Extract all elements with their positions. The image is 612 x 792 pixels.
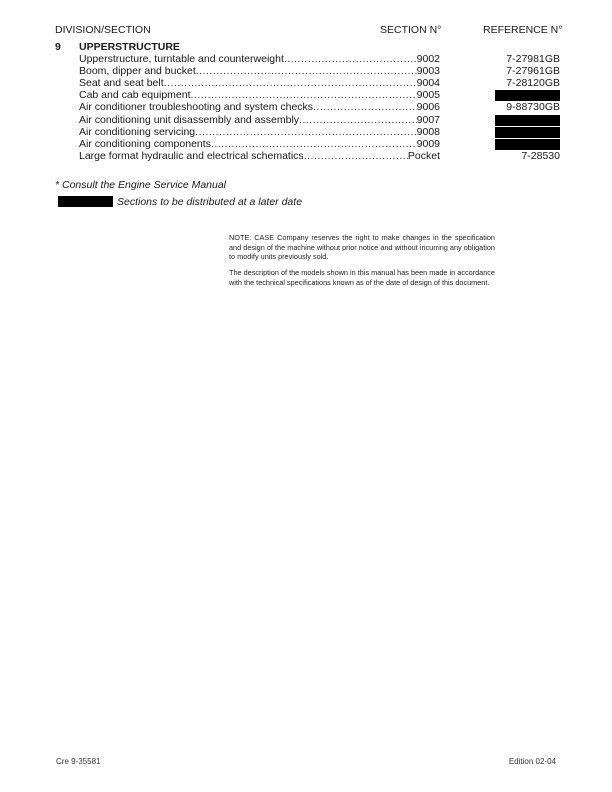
redacted-reference-box bbox=[495, 139, 560, 150]
toc-row: Seat and seat belt9004 bbox=[79, 77, 440, 90]
toc-row: Cab and cab equipment9005 bbox=[79, 89, 440, 102]
section-number-header: SECTION N° bbox=[380, 24, 441, 36]
toc-entry-label: Boom, dipper and bucket bbox=[79, 65, 196, 77]
dot-leader bbox=[164, 77, 417, 89]
division-section-header: DIVISION/SECTION bbox=[55, 24, 151, 36]
footer-edition: Edition 02-04 bbox=[509, 757, 556, 766]
footer-document-code: Cre 9-35581 bbox=[56, 757, 100, 766]
toc-entry-section-number: 9004 bbox=[417, 77, 440, 89]
dot-leader bbox=[304, 150, 408, 162]
dot-leader bbox=[299, 114, 417, 126]
toc-entry-reference: 7-28120GB bbox=[484, 77, 560, 89]
dot-leader bbox=[196, 65, 417, 77]
toc-entry-reference: 9-88730GB bbox=[484, 101, 560, 113]
toc-entry-label: Large format hydraulic and electrical sc… bbox=[79, 150, 304, 162]
toc-entry-label: Cab and cab equipment bbox=[79, 89, 191, 101]
toc-row: Large format hydraulic and electrical sc… bbox=[79, 150, 440, 163]
toc-entry-reference: 7-28530 bbox=[484, 150, 560, 162]
toc-row: Air conditioner troubleshooting and syst… bbox=[79, 101, 440, 114]
redacted-reference-box bbox=[495, 127, 560, 138]
later-date-note: Sections to be distributed at a later da… bbox=[117, 196, 302, 208]
toc-entry-section-number: 9007 bbox=[417, 114, 440, 126]
toc-entry-section-number: 9008 bbox=[417, 126, 440, 138]
toc-entry-section-number: 9002 bbox=[417, 53, 440, 65]
dot-leader bbox=[211, 138, 417, 150]
toc-row: Air conditioning servicing9008 bbox=[79, 126, 440, 139]
dot-leader bbox=[195, 126, 416, 138]
toc-entry-label: Air conditioning components bbox=[79, 138, 211, 150]
reference-number-header: REFERENCE N° bbox=[483, 24, 562, 36]
toc-row: Upperstructure, turntable and counterwei… bbox=[79, 53, 440, 66]
toc-entry-reference: 7-27961GB bbox=[484, 65, 560, 77]
division-title: UPPERSTRUCTURE bbox=[79, 41, 180, 53]
toc-entry-section-number: 9003 bbox=[417, 65, 440, 77]
redacted-reference-box bbox=[495, 115, 560, 126]
toc-entry-section-number: 9006 bbox=[417, 101, 440, 113]
toc-entry-label: Air conditioning servicing bbox=[79, 126, 195, 138]
toc-entry-reference: 7-27981GB bbox=[484, 53, 560, 65]
toc-row: Air conditioning unit disassembly and as… bbox=[79, 114, 440, 127]
toc-entry-label: Air conditioner troubleshooting and syst… bbox=[79, 101, 313, 113]
disclaimer-paragraph-2: The description of the models shown in t… bbox=[229, 268, 495, 287]
dot-leader bbox=[313, 101, 417, 113]
dot-leader bbox=[284, 53, 417, 65]
toc-entry-section-number: Pocket bbox=[408, 150, 440, 162]
division-number: 9 bbox=[55, 41, 61, 53]
toc-entry-label: Seat and seat belt bbox=[79, 77, 164, 89]
toc-entry-label: Upperstructure, turntable and counterwei… bbox=[79, 53, 284, 65]
toc-entry-label: Air conditioning unit disassembly and as… bbox=[79, 114, 299, 126]
redaction-legend-box bbox=[58, 196, 113, 207]
engine-manual-note: * Consult the Engine Service Manual bbox=[55, 179, 226, 191]
toc-row: Air conditioning components9009 bbox=[79, 138, 440, 151]
disclaimer-paragraph-1: NOTE: CASE Company reserves the right to… bbox=[229, 233, 495, 262]
toc-entry-section-number: 9009 bbox=[417, 138, 440, 150]
toc-row: Boom, dipper and bucket9003 bbox=[79, 65, 440, 78]
redacted-reference-box bbox=[495, 90, 560, 101]
toc-entry-section-number: 9005 bbox=[417, 89, 440, 101]
dot-leader bbox=[191, 89, 417, 101]
